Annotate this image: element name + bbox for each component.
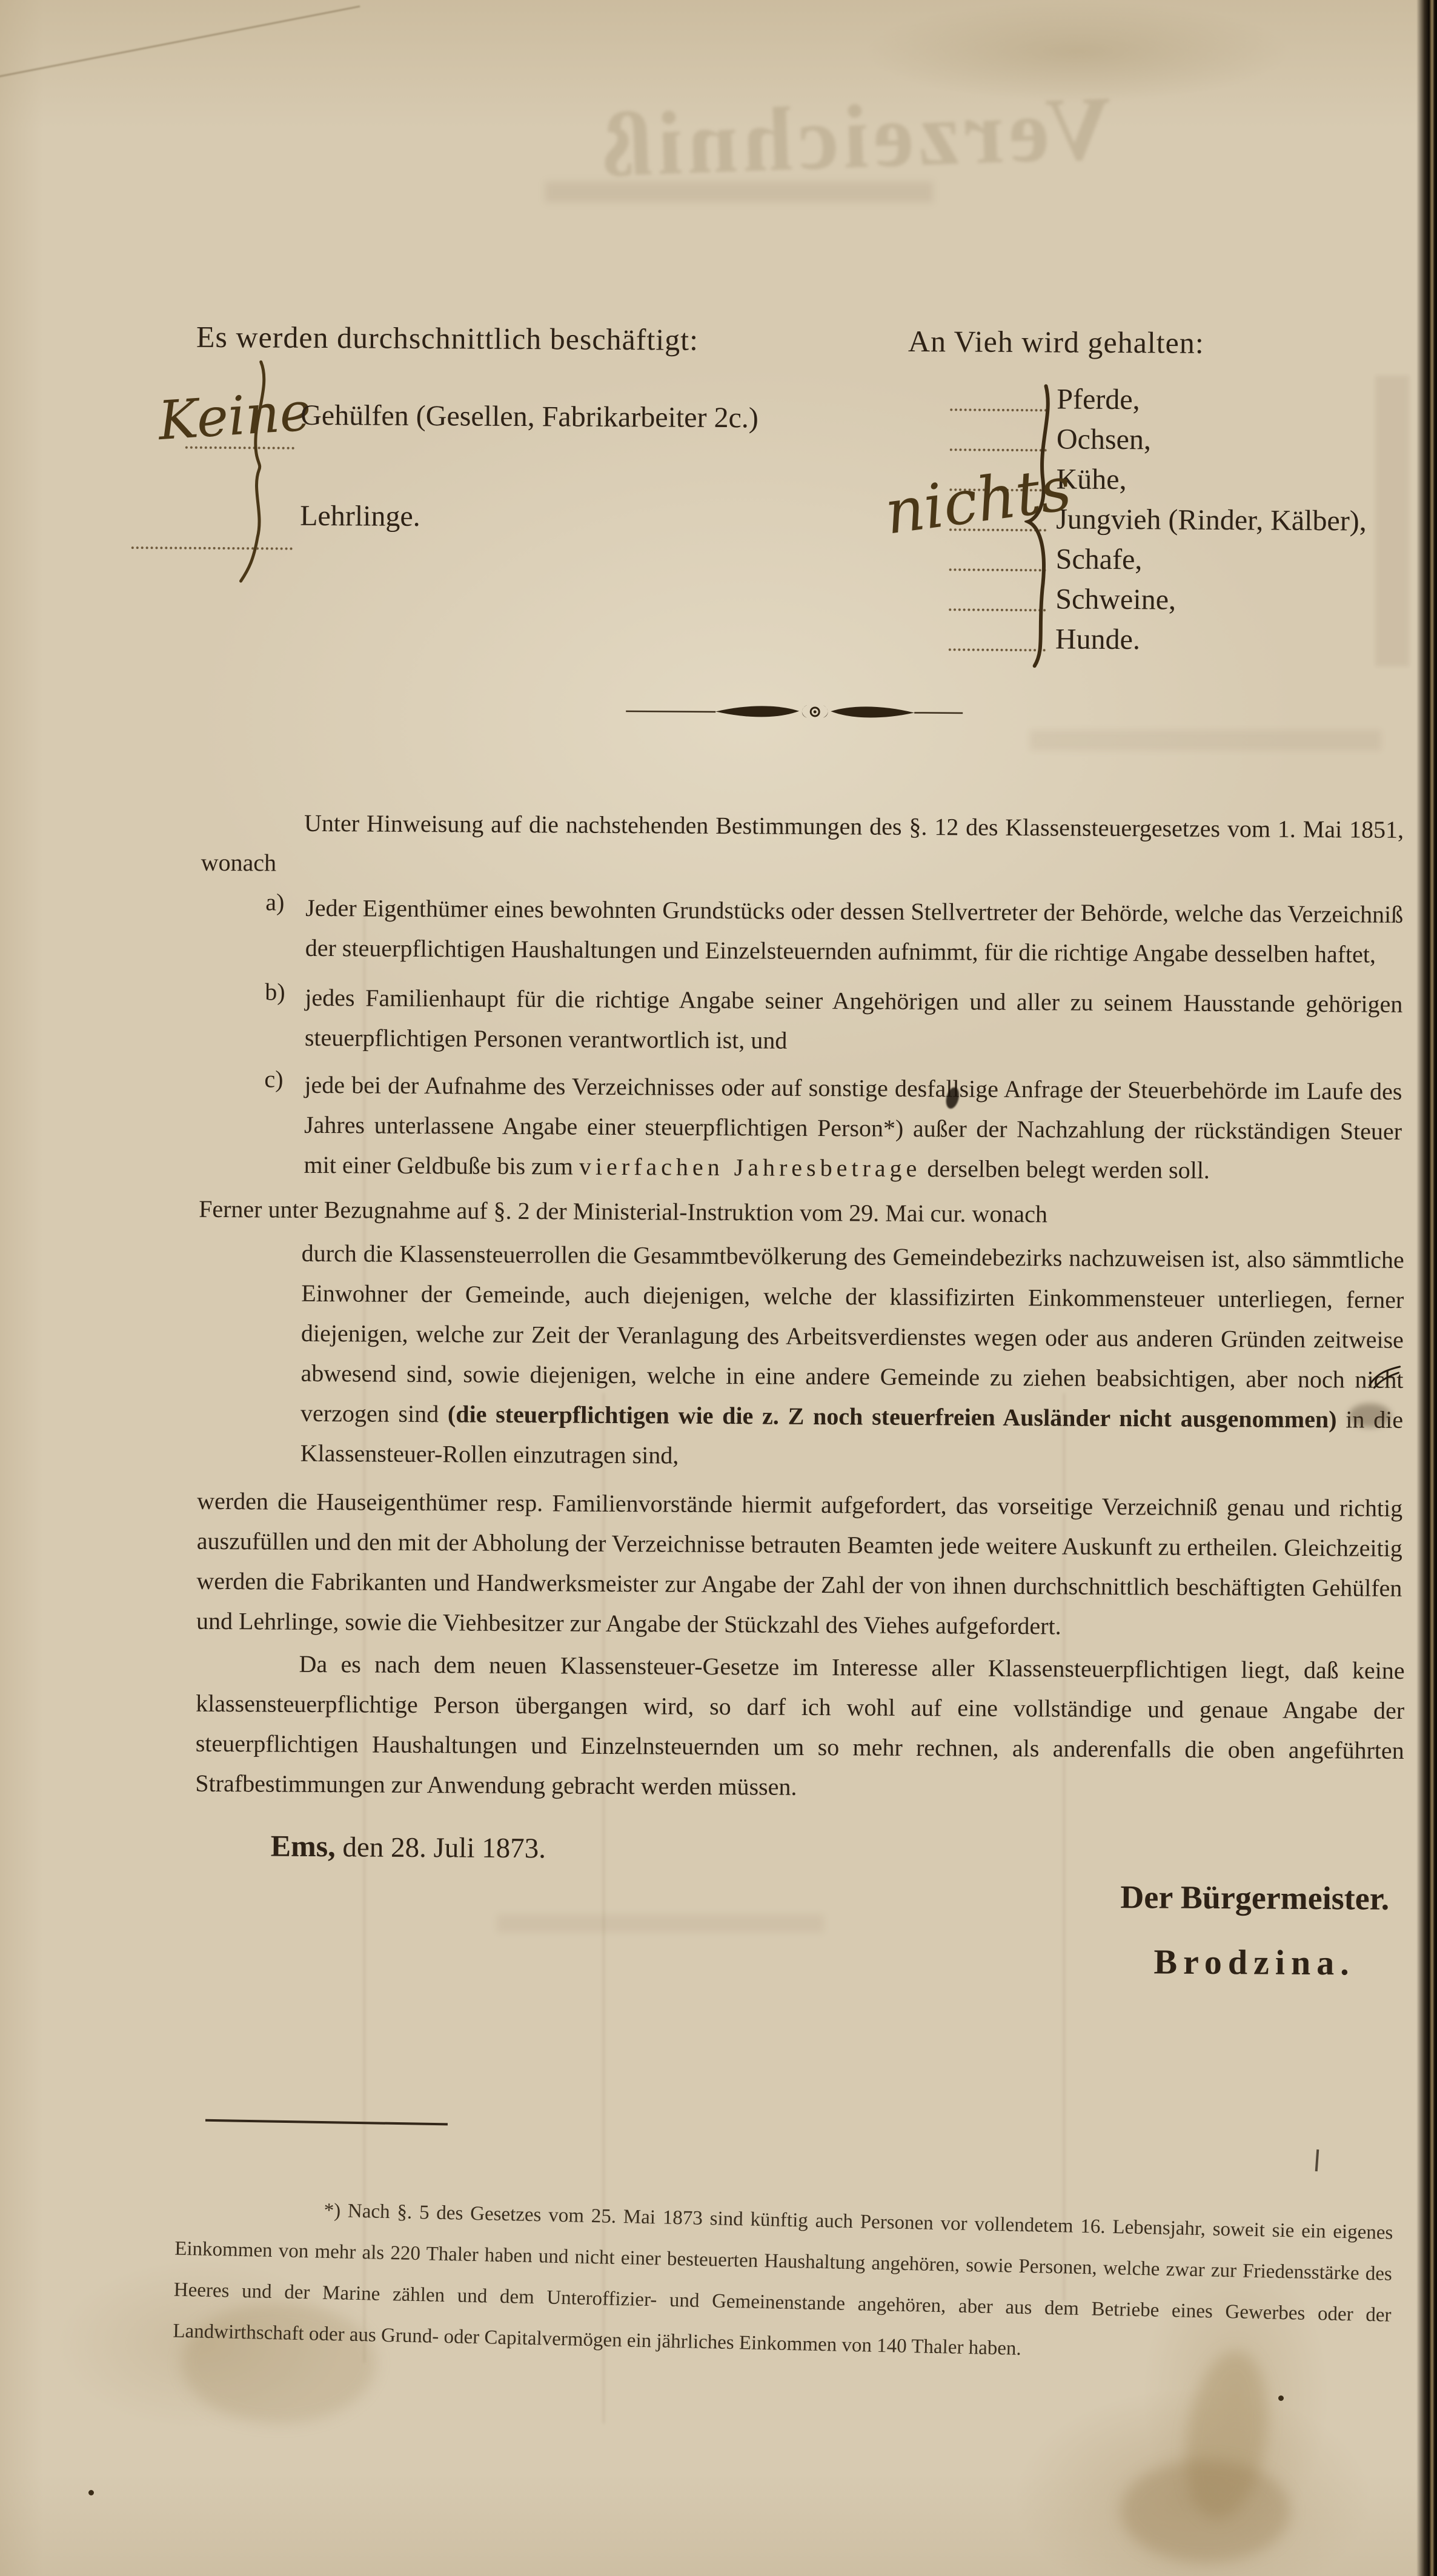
werden-paragraph: werden die Hauseigenthümer resp. Familie…: [196, 1481, 1403, 1648]
livestock-item: Schafe,: [1056, 542, 1143, 576]
item-a-label: a): [265, 888, 284, 916]
dateline: Ems, den 28. Juli 1873.: [271, 1828, 546, 1865]
signature-block: Der Bürgermeister. Brodzina.: [1097, 1878, 1412, 1983]
da-paragraph: Da es nach dem neuen Klassensteuer-Geset…: [195, 1644, 1405, 1811]
pen-squiggle: [1368, 1365, 1402, 1389]
dateline-place: Ems,: [271, 1829, 336, 1864]
livestock-item: Ochsen,: [1057, 422, 1151, 456]
livestock-item: Jungvieh (Rinder, Kälber),: [1056, 502, 1367, 537]
ink-smudge: [1349, 1403, 1391, 1427]
item-b-text: jedes Familienhaupt für die richtige Ang…: [305, 978, 1403, 1064]
item-c-text: jede bei der Aufnahme des Verzeichnisses…: [304, 1065, 1402, 1192]
durch-paragraph: durch die Klassensteuerrollen die Gesamm…: [300, 1233, 1404, 1480]
item-c-emphasized-text: vierfachen Jahresbetrage: [579, 1153, 921, 1182]
signature-title: Der Bürgermeister.: [1097, 1878, 1412, 1917]
item-b-label: b): [265, 977, 285, 1006]
signature-name: Brodzina.: [1097, 1941, 1412, 1983]
employment-row-label: Gehülfen (Gesellen, Fabrikarbeiter 2c.): [300, 399, 758, 435]
printed-content: Es werden durchschnittlich beschäftigt: …: [0, 0, 1437, 2576]
employment-heading: Es werden durchschnittlich beschäftigt:: [196, 319, 699, 357]
item-a-text: Jeder Eigenthümer eines bewohnten Grunds…: [305, 888, 1404, 975]
handwritten-employment-entry: Keine: [156, 380, 313, 452]
employment-row-label: Lehrlinge.: [300, 499, 420, 533]
scanned-document-page: Verzeichniß Es werden durchschnittlich b…: [0, 0, 1437, 2576]
livestock-item: Schweine,: [1055, 582, 1176, 616]
ferner-line: Ferner unter Bezugnahme auf §. 2 der Min…: [199, 1189, 1401, 1237]
dateline-date: den 28. Juli 1873.: [336, 1831, 546, 1864]
list-item-c: c) jede bei der Aufnahme des Verzeichnis…: [264, 1064, 1402, 1191]
list-item-a: a) Jeder Eigenthümer eines bewohnten Gru…: [265, 888, 1404, 974]
item-c-text-end: derselben belegt werden soll.: [921, 1155, 1210, 1184]
list-item-b: b) jedes Familienhaupt für die richtige …: [265, 977, 1403, 1064]
divider-ornament: [625, 697, 964, 726]
footnote-text: *) Nach §. 5 des Gesetzes vom 25. Mai 18…: [173, 2187, 1393, 2377]
livestock-item: Hunde.: [1055, 622, 1140, 656]
livestock-heading: An Vieh wird gehalten:: [908, 324, 1204, 360]
item-c-label: c): [264, 1064, 283, 1093]
fill-in-line: [131, 546, 293, 550]
durch-bold-text: (die steuerpflichtigen wie die z. Z noch…: [448, 1400, 1337, 1433]
livestock-item: Pferde,: [1057, 382, 1140, 416]
scan-edge-shadow: [1416, 0, 1437, 2576]
durch-text-start: durch die Klassensteuerrollen die Gesamm…: [300, 1240, 1404, 1427]
left-brace-stroke: [237, 359, 274, 583]
intro-paragraph: Unter Hinweisung auf die nachstehenden B…: [201, 803, 1404, 890]
footnote-rule: [205, 2119, 448, 2126]
